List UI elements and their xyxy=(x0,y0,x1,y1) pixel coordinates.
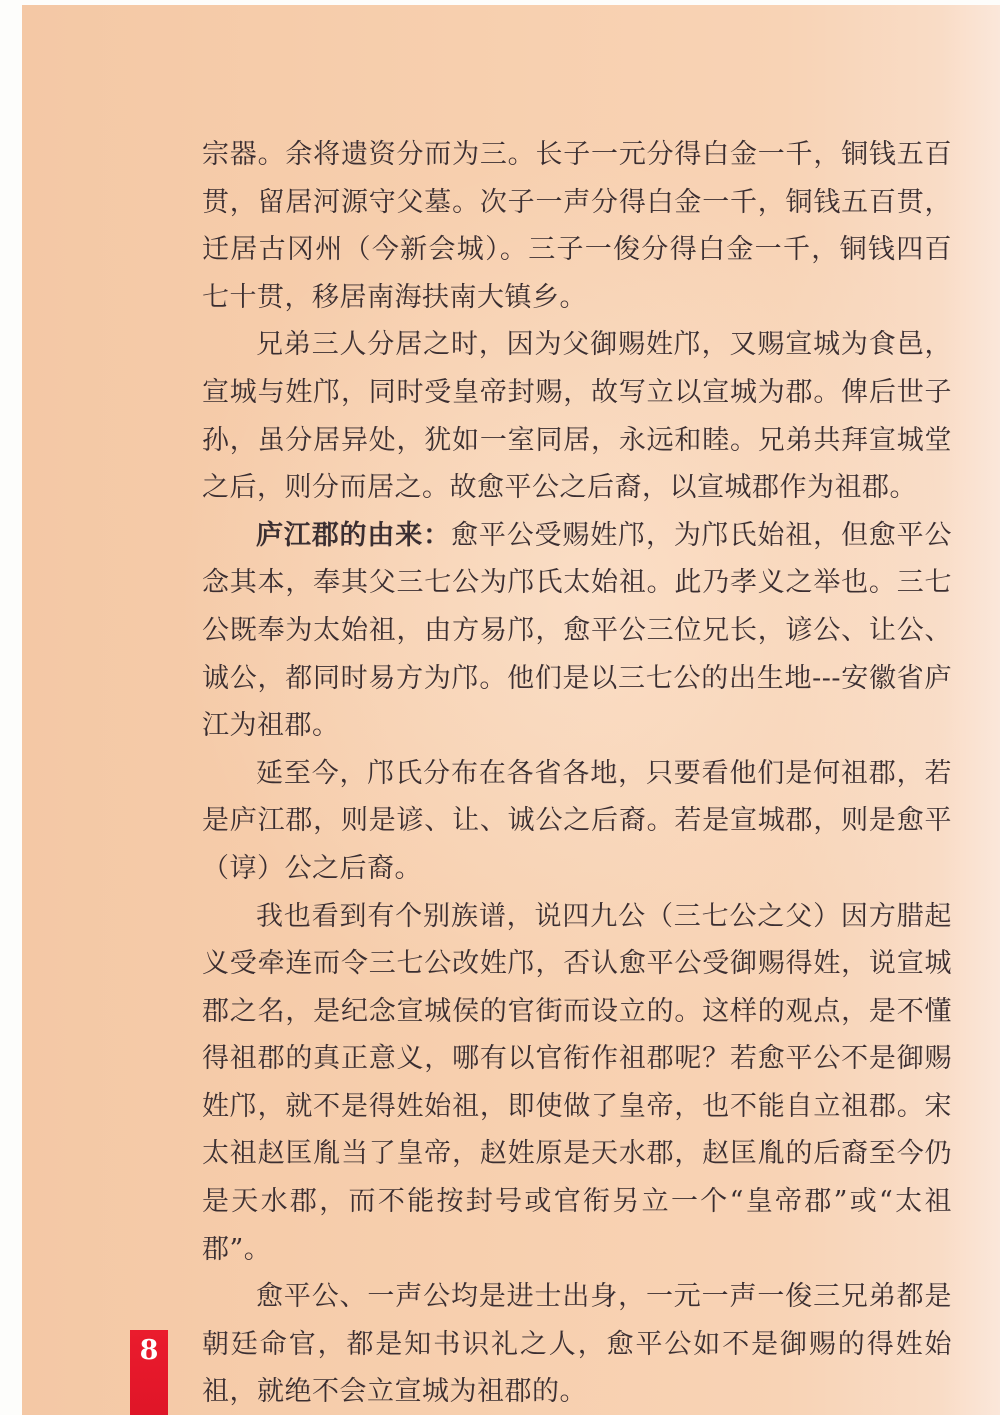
page-number: 8 xyxy=(140,1334,159,1368)
paragraph-inheritance-division: 宗器。余将遗资分而为三。长子一元分得白金一千，铜钱五百贯，留居河源守父墓。次子一… xyxy=(202,131,952,321)
paragraph-xuancheng-origin: 兄弟三人分居之时，因为父御赐姓邝，又赐宣城为食邑，宣城与姓邝，同时受皇帝封赐，故… xyxy=(202,321,952,511)
paragraph-distribution: 延至今，邝氏分布在各省各地，只要看他们是何祖郡，若是庐江郡，则是谚、让、诚公之后… xyxy=(202,750,952,893)
section-heading-lujiang: 庐江郡的由来： xyxy=(256,520,451,551)
text-block: 宗器。余将遗资分而为三。长子一元分得白金一千，铜钱五百贯，留居河源守父墓。次子一… xyxy=(202,131,952,1415)
page-number-tab: 8 xyxy=(130,1330,168,1415)
paper-background: 宗器。余将遗资分而为三。长子一元分得白金一千，铜钱五百贯，留居河源守父墓。次子一… xyxy=(22,5,1000,1415)
paragraph-counterargument: 我也看到有个别族谱，说四九公（三七公之父）因方腊起义受牵连而令三七公改姓邝，否认… xyxy=(202,893,952,1274)
paragraph-lujiang-origin: 庐江郡的由来：愈平公受赐姓邝，为邝氏始祖，但愈平公念其本，奉其父三七公为邝氏太始… xyxy=(202,512,952,750)
paragraph-conclusion: 愈平公、一声公均是进士出身，一元一声一俊三兄弟都是朝廷命官，都是知书识礼之人，愈… xyxy=(202,1273,952,1415)
scanned-book-page: 宗器。余将遗资分而为三。长子一元分得白金一千，铜钱五百贯，留居河源守父墓。次子一… xyxy=(0,0,1000,1415)
paragraph-lujiang-text: 愈平公受赐姓邝，为邝氏始祖，但愈平公念其本，奉其父三七公为邝氏太始祖。此乃孝义之… xyxy=(202,520,952,741)
